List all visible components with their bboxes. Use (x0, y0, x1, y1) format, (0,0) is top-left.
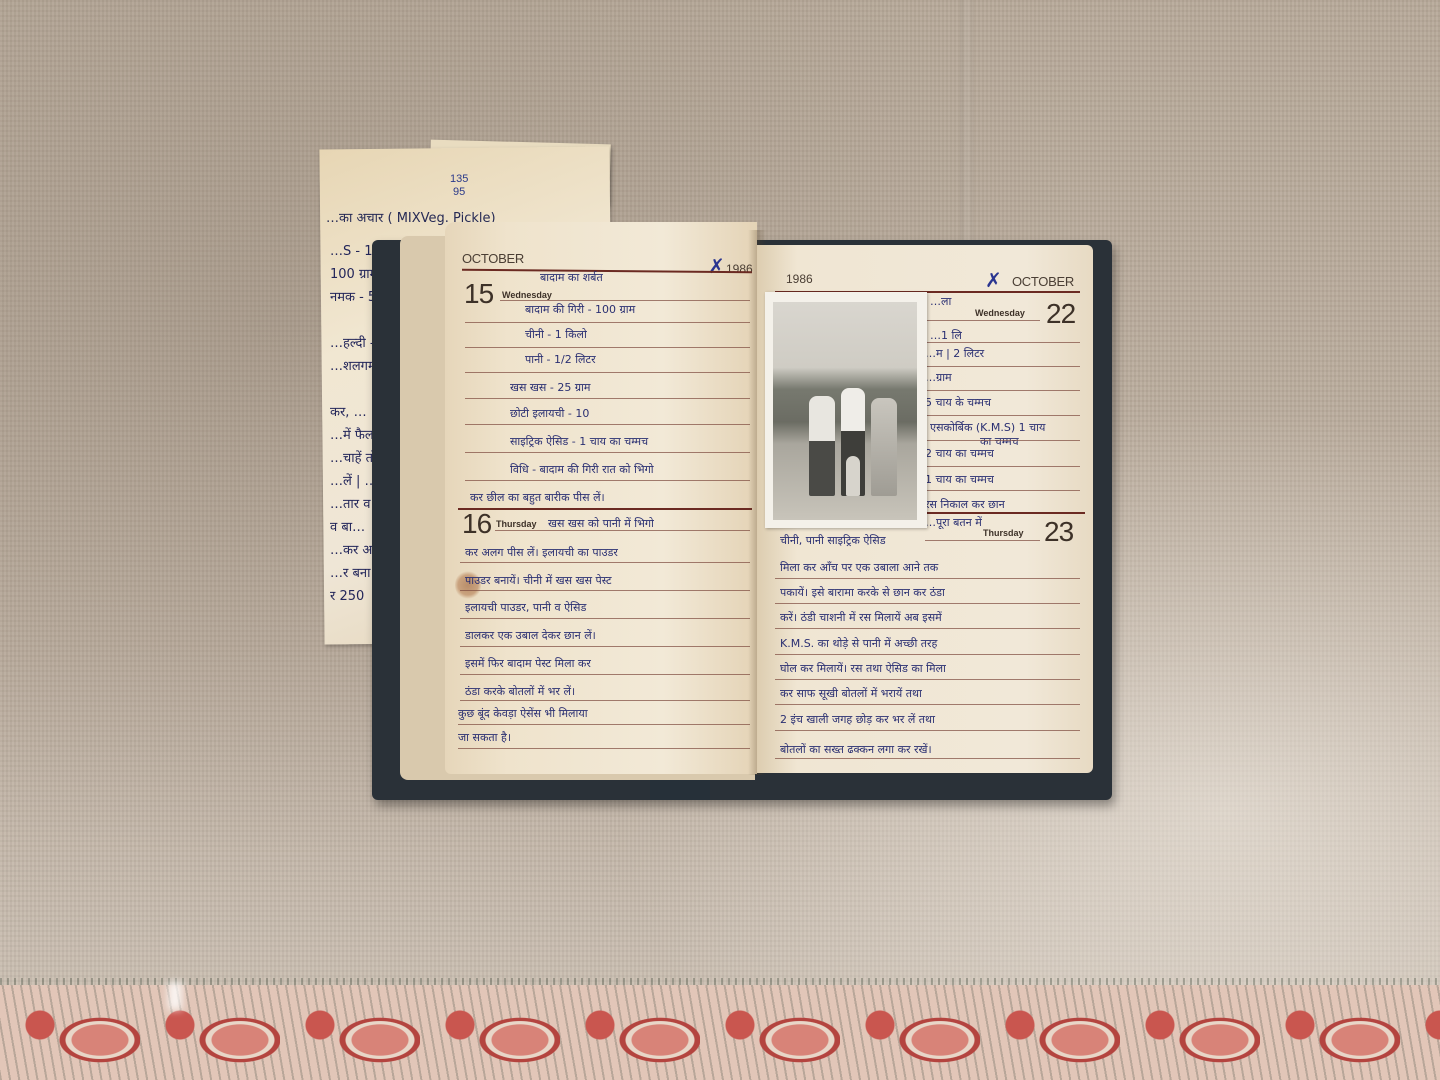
day-number-16: 16 (462, 510, 491, 538)
day-number-23: 23 (1044, 518, 1073, 546)
x-mark-icon: ✗ (985, 268, 1002, 292)
fabric-fold (960, 0, 974, 240)
child-figure (846, 456, 860, 496)
day-number-22: 22 (1046, 300, 1075, 328)
person-figure (871, 398, 897, 496)
day-name-thursday: Thursday (983, 528, 1024, 538)
day-name-thursday: Thursday (496, 519, 537, 529)
paisley-embroidered-border (0, 985, 1440, 1080)
light-glare (168, 982, 182, 1010)
right-month-label: OCTOBER (1012, 274, 1074, 289)
day-name-wednesday: Wednesday (975, 308, 1025, 318)
day-name-wednesday: Wednesday (502, 290, 552, 300)
sheet-numbers: 135 95 (450, 173, 468, 199)
person-figure (809, 396, 835, 496)
entry-divider (458, 508, 752, 510)
day-number-15: 15 (464, 280, 493, 308)
right-year-label: 1986 (786, 272, 813, 286)
photo-image (773, 302, 917, 520)
left-month-label: OCTOBER (462, 251, 524, 266)
family-photograph (765, 292, 927, 528)
